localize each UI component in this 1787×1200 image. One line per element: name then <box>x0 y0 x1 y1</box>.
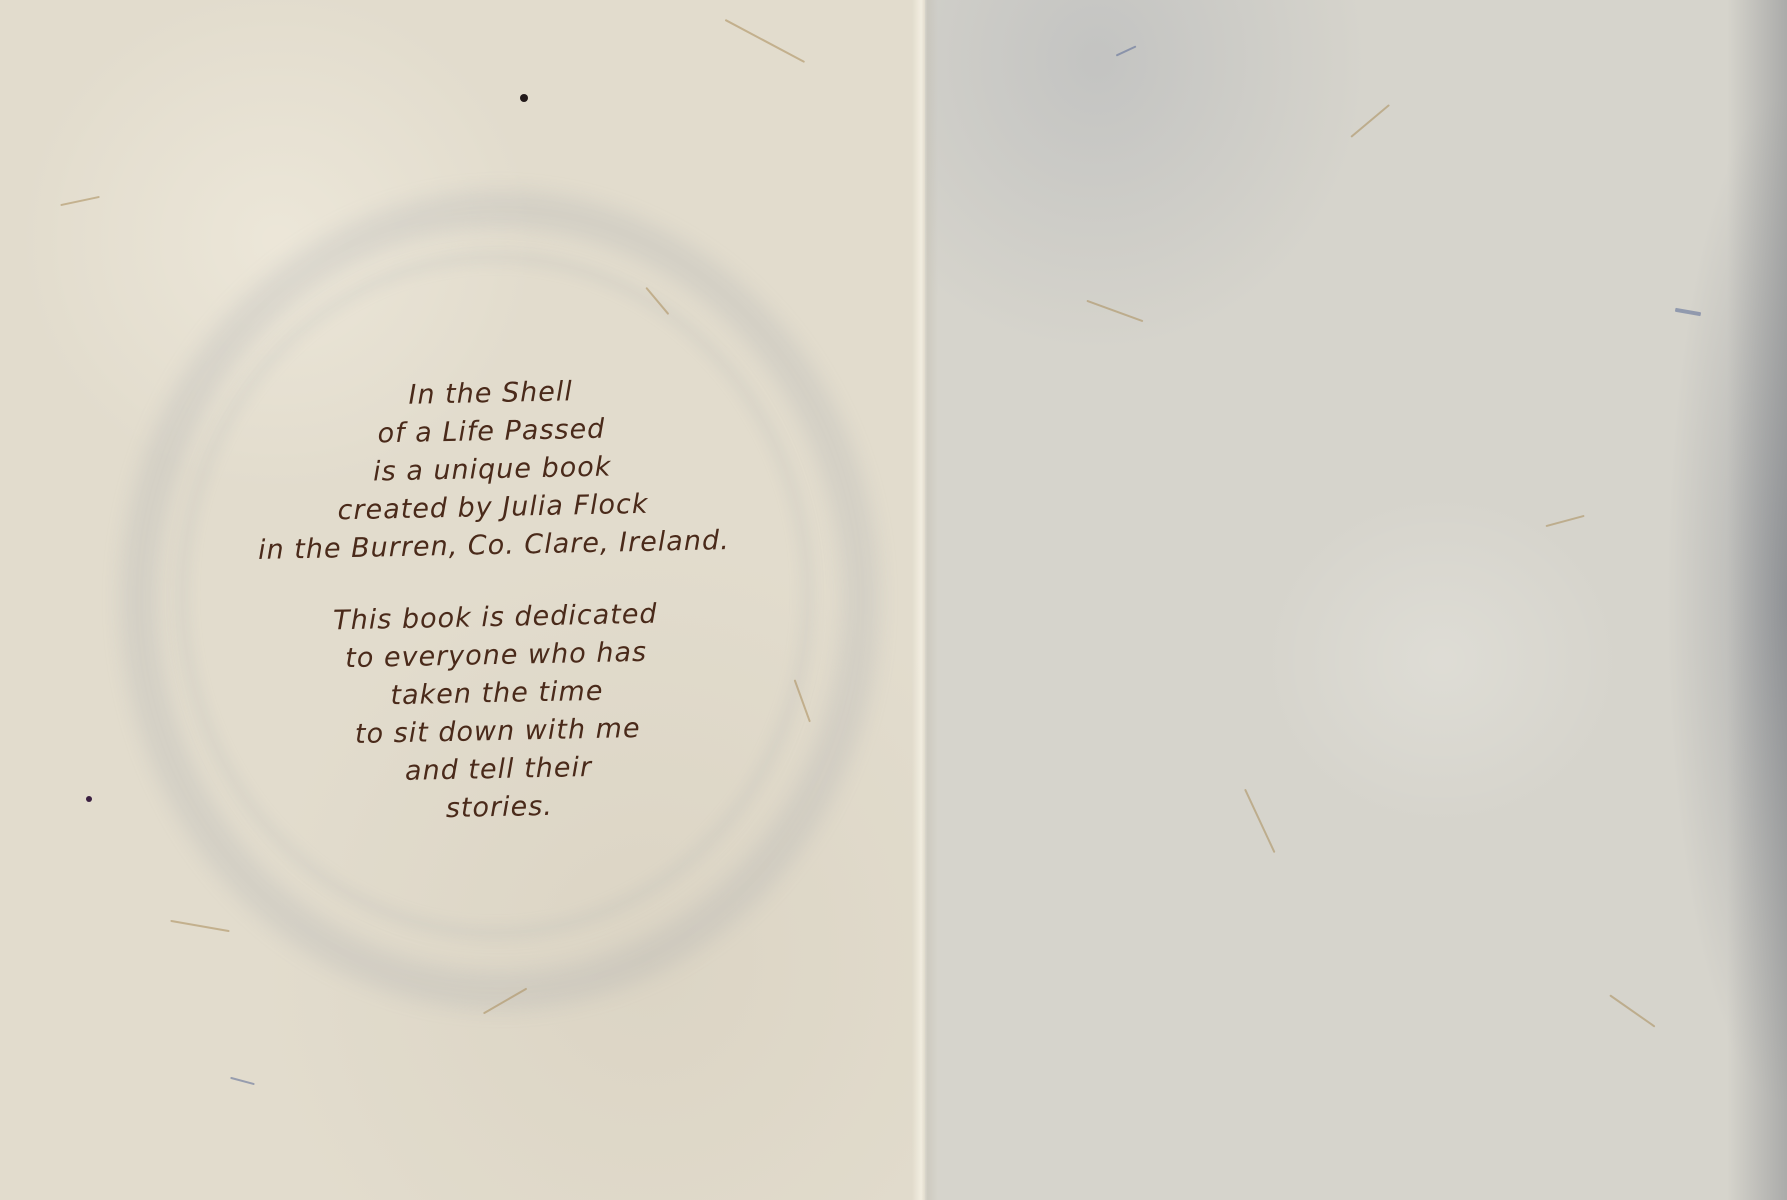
dedication-paragraph: This book is dedicated to everyone who h… <box>255 594 740 832</box>
paper-fiber <box>1610 994 1656 1027</box>
book-spread: In the Shell of a Life Passed is a uniqu… <box>0 0 1787 1200</box>
paper-fiber <box>1116 45 1137 56</box>
paper-fiber <box>1545 515 1584 527</box>
paper-fiber <box>170 920 229 932</box>
paper-fiber <box>1350 104 1389 137</box>
paper-fiber <box>1245 789 1276 853</box>
ink-speck <box>520 94 528 102</box>
paper-fiber <box>230 1077 255 1085</box>
left-page: In the Shell of a Life Passed is a uniqu… <box>0 0 925 1200</box>
colophon-paragraph: In the Shell of a Life Passed is a uniqu… <box>250 370 734 570</box>
right-page <box>925 0 1787 1200</box>
paper-fiber <box>725 19 805 63</box>
paper-fiber <box>60 196 99 206</box>
book-fold <box>912 0 938 1200</box>
ink-speck <box>86 796 92 802</box>
paper-fiber <box>1087 300 1144 322</box>
paper-fiber <box>1675 308 1701 316</box>
page-edge-shadow <box>1727 0 1787 1200</box>
handwritten-text: In the Shell of a Life Passed is a uniqu… <box>250 370 739 832</box>
